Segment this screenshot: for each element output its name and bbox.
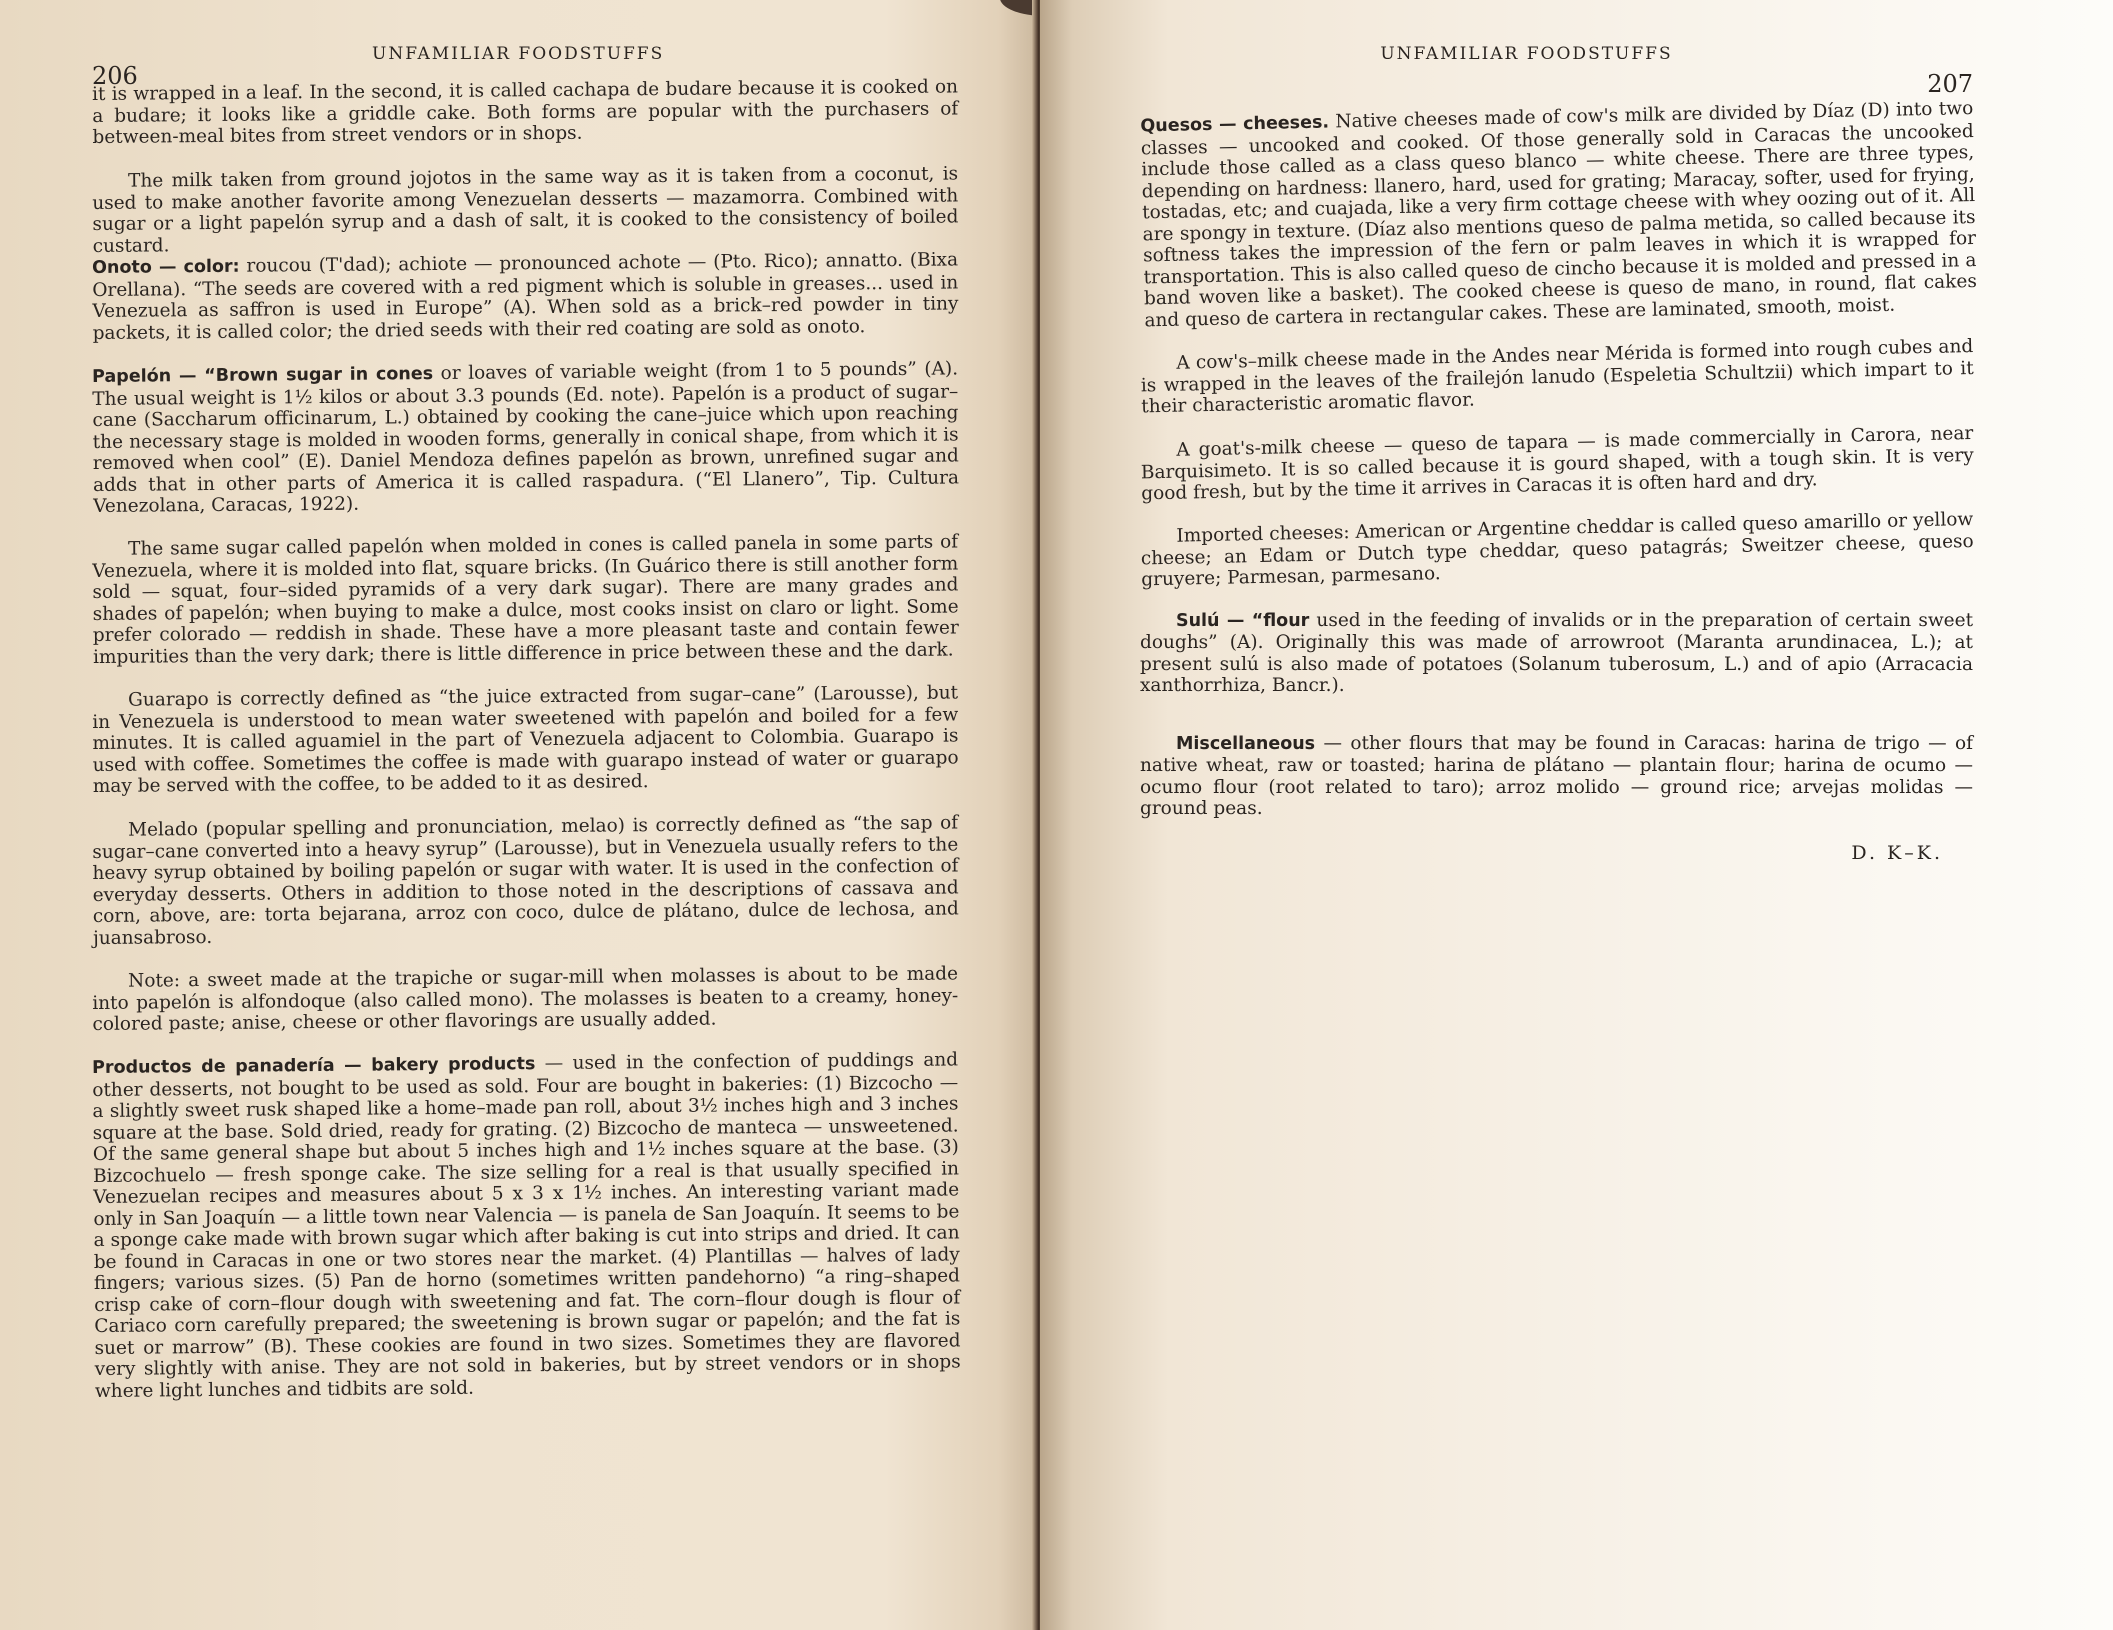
entry-sulu: Sulú — “flour used in the feeding of inv… (1140, 610, 1973, 697)
entry-onoto: Onoto — color: roucou (T'dad); achiote —… (92, 249, 959, 344)
paragraph-queso-de-tapara: A goat's-milk cheese — queso de tapara —… (1140, 423, 1974, 505)
page-number-right: 207 (1927, 70, 1973, 98)
entry-term-papelon: Papelón — “Brown sugar in cones (92, 364, 433, 387)
entry-quesos: Quesos — cheeses. Native cheeses made of… (1140, 98, 1977, 331)
paragraph-guarapo: Guarapo is correctly defined as “the jui… (92, 682, 959, 797)
right-page: UNFAMILIAR FOODSTUFFS 207 Quesos — chees… (1040, 0, 2113, 1630)
book-spread: 206 UNFAMILIAR FOODSTUFFS it is wrapped … (0, 0, 2113, 1630)
running-head-title-right: UNFAMILIAR FOODSTUFFS (1140, 44, 1973, 64)
entry-term-quesos: Quesos — cheeses. (1140, 112, 1329, 136)
paragraph-note-alfondoque: Note: a sweet made at the trapiche or su… (92, 963, 959, 1035)
entry-term-productos: Productos de panadería — bakery products (92, 1054, 535, 1078)
entry-papelon: Papelón — “Brown sugar in cones or loave… (92, 358, 959, 517)
paragraph-imported-cheeses: Imported cheeses: American or Argentine … (1140, 509, 1974, 591)
author-signature: D. K–K. (1140, 842, 1973, 864)
paragraph-mazamorra: The milk taken from ground jojotos in th… (92, 163, 959, 257)
paragraph-melado: Melado (popular spelling and pronunciati… (92, 812, 959, 949)
entry-term-onoto: Onoto — color: (92, 256, 240, 277)
paragraph-panela: The same sugar called papelón when molde… (92, 531, 959, 668)
right-running-head: UNFAMILIAR FOODSTUFFS 207 (1140, 44, 1973, 84)
entry-term-miscellaneous: Miscellaneous (1176, 734, 1315, 754)
entry-productos-de-panaderia: Productos de panadería — bakery products… (92, 1049, 961, 1402)
running-head-title-left: UNFAMILIAR FOODSTUFFS (172, 44, 958, 64)
left-page: 206 UNFAMILIAR FOODSTUFFS it is wrapped … (0, 0, 1040, 1630)
paragraph-merida-cheese: A cow's–milk cheese made in the Andes ne… (1140, 336, 1974, 418)
paragraph-cachapa: it is wrapped in a leaf. In the second, … (92, 76, 959, 148)
entry-term-sulu: Sulú — “flour (1176, 611, 1309, 631)
entry-miscellaneous: Miscellaneous — other flours that may be… (1140, 733, 1973, 820)
